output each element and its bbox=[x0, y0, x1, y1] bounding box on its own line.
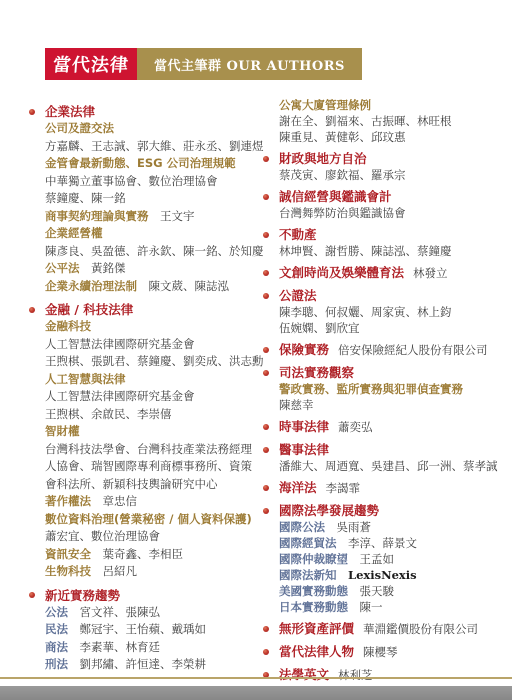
author-line: 陳彥良、吳盈德、許永欽、陳一銘、於知慶 bbox=[45, 243, 256, 261]
section-title: 金融 / 科技法律 bbox=[45, 302, 133, 317]
author-names: 鄭冠宇、王怡蘋、戴瑀如 bbox=[80, 622, 207, 636]
author-names: 呂紹凡 bbox=[103, 564, 138, 578]
author-line: 人工智慧法律國際研究基金會 bbox=[45, 388, 256, 406]
bullet-icon bbox=[263, 232, 269, 238]
section-heading: 新近實務趨勢 bbox=[45, 587, 256, 604]
topic-line: 生物科技呂紹凡 bbox=[45, 563, 256, 581]
author-line: 潘維大、周迺寬、吳建昌、邱一洲、蔡孝誠 bbox=[279, 458, 502, 474]
author-names: 林利芝 bbox=[338, 668, 373, 682]
topic-label: 商法 bbox=[45, 639, 80, 657]
author-names: 張天駿 bbox=[360, 584, 395, 598]
author-names: 葉奇鑫、李相臣 bbox=[103, 547, 184, 561]
section-recent-practice-trends: 新近實務趨勢公法宮文祥、張陳弘民法鄭冠宇、王怡蘋、戴瑀如商法李素華、林育廷刑法劉… bbox=[28, 587, 256, 674]
author-line: 蕭宏宜、數位治理協會 bbox=[45, 528, 256, 546]
section-heading: 法學英文林利芝 bbox=[279, 666, 502, 684]
section-title: 不動產 bbox=[279, 227, 317, 242]
section-title: 無形資產評價 bbox=[279, 621, 354, 636]
author-names: 李淳、薛景文 bbox=[348, 536, 417, 550]
author-line: 人協會、瑞智國際專利商標事務所、資策 bbox=[45, 458, 256, 476]
section-notary-law: 公證法陳李聰、何叔孋、周家寅、林上鈞伍婉嫻、劉欣宜 bbox=[262, 287, 502, 336]
author-names: 王文宇 bbox=[160, 209, 195, 223]
section-heading: 財政與地方自治 bbox=[279, 150, 502, 167]
topic-label: 刑法 bbox=[45, 656, 80, 674]
section-heading: 國際法學發展趨勢 bbox=[279, 502, 502, 519]
section-heading: 海洋法李謁霏 bbox=[279, 479, 502, 497]
topic-label: 國際經貿法 bbox=[279, 535, 348, 551]
section-title: 新近實務趨勢 bbox=[45, 588, 120, 603]
section-medical-law: 醫事法律潘維大、周迺寬、吳建昌、邱一洲、蔡孝誠 bbox=[262, 441, 502, 474]
topic-label: 美國實務動態 bbox=[279, 583, 360, 599]
bullet-icon bbox=[263, 447, 269, 453]
section-heading: 保險實務倍安保險經紀人股份有限公司 bbox=[279, 341, 502, 359]
topic-line: 國際經貿法李淳、薛景文 bbox=[279, 535, 502, 551]
section-finance-tech-law: 金融 / 科技法律金融科技人工智慧法律國際研究基金會王煦棋、張凱君、蔡鐘慶、劉奕… bbox=[28, 301, 256, 581]
bullet-icon bbox=[263, 424, 269, 430]
section-heading: 無形資產評價華淵鑑價股份有限公司 bbox=[279, 620, 502, 638]
bullet-icon bbox=[263, 649, 269, 655]
brand-logo-box: 當代法律 bbox=[45, 48, 137, 80]
section-contemporary-law-figures: 當代法律人物陳櫻琴 bbox=[262, 643, 502, 661]
author-line: 台灣舞弊防治與鑑識協會 bbox=[279, 205, 502, 221]
bullet-icon bbox=[263, 156, 269, 162]
footer-gray-bar bbox=[0, 686, 512, 700]
author-line: 中華獨立董事協會、數位治理協會 bbox=[45, 173, 256, 191]
section-international-law-trends: 國際法學發展趨勢國際公法吳雨蒼國際經貿法李淳、薛景文國際仲裁瞭望王孟如國際法新知… bbox=[262, 502, 502, 615]
section-title: 時事法律 bbox=[279, 419, 329, 434]
author-line: 王煦棋、余啟民、李崇僖 bbox=[45, 406, 256, 424]
author-line: 陳重見、黃健彰、邱玟惠 bbox=[279, 129, 502, 145]
section-condominium-act: 公寓大廈管理條例謝在全、劉福來、古振暉、林旺根陳重見、黃健彰、邱玟惠 bbox=[262, 97, 502, 145]
section-judicial-practice-watch: 司法實務觀察警政實務、監所實務與犯罪偵查實務陳慈幸 bbox=[262, 364, 502, 413]
topic-label: 國際法新知 bbox=[279, 567, 348, 583]
topic-subheading: 企業經營權 bbox=[45, 225, 256, 243]
topic-label: 日本實務動態 bbox=[279, 599, 360, 615]
topic-label: 國際仲裁瞭望 bbox=[279, 551, 360, 567]
author-names: 李素華、林育廷 bbox=[80, 640, 161, 654]
topic-label: 商事契約理論與實務 bbox=[45, 208, 160, 226]
topic-subheading: 公司及證交法 bbox=[45, 120, 256, 138]
authors-column-right: 公寓大廈管理條例謝在全、劉福來、古振暉、林旺根陳重見、黃健彰、邱玟惠財政與地方自… bbox=[262, 97, 502, 684]
topic-line: 資訊安全葉奇鑫、李相臣 bbox=[45, 546, 256, 564]
section-title: 保險實務 bbox=[279, 342, 329, 357]
section-title: 國際法學發展趨勢 bbox=[279, 503, 379, 518]
topic-line: 企業永續治理法制陳文葳、陳誌泓 bbox=[45, 278, 256, 296]
page-title-box: 當代主筆群 OUR AUTHORS bbox=[137, 48, 362, 80]
author-names: 蕭奕弘 bbox=[338, 420, 373, 434]
author-names: 黃銘傑 bbox=[91, 261, 126, 275]
brand-logo-text: 當代法律 bbox=[52, 51, 130, 77]
author-line: 陳慈幸 bbox=[279, 397, 502, 413]
section-title: 法學英文 bbox=[279, 667, 329, 682]
section-real-estate: 不動產林坤賢、謝哲勝、陳誌泓、蔡鐘慶 bbox=[262, 226, 502, 259]
topic-line: 公法宮文祥、張陳弘 bbox=[45, 604, 256, 622]
bullet-icon bbox=[29, 109, 35, 115]
section-title: 公證法 bbox=[279, 288, 317, 303]
section-title: 財政與地方自治 bbox=[279, 151, 367, 166]
topic-line: 著作權法章忠信 bbox=[45, 493, 256, 511]
author-names: 吳雨蒼 bbox=[337, 520, 372, 534]
bullet-icon bbox=[29, 592, 35, 598]
author-names: LexisNexis bbox=[348, 568, 417, 582]
topic-subheading: 公寓大廈管理條例 bbox=[279, 97, 502, 113]
author-line: 陳李聰、何叔孋、周家寅、林上鈞 bbox=[279, 304, 502, 320]
topic-label: 資訊安全 bbox=[45, 546, 103, 564]
section-heading: 時事法律蕭奕弘 bbox=[279, 418, 502, 436]
topic-label: 公平法 bbox=[45, 260, 91, 278]
bullet-icon bbox=[263, 485, 269, 491]
bullet-icon bbox=[263, 626, 269, 632]
bullet-icon bbox=[263, 347, 269, 353]
topic-line: 民法鄭冠宇、王怡蘋、戴瑀如 bbox=[45, 621, 256, 639]
section-culture-entertainment-sports-law: 文創時尚及娛樂體育法林發立 bbox=[262, 264, 502, 282]
section-legal-english: 法學英文林利芝 bbox=[262, 666, 502, 684]
section-integrity-forensic-accounting: 誠信經營與鑑識會計台灣舞弊防治與鑑識協會 bbox=[262, 188, 502, 221]
bullet-icon bbox=[263, 370, 269, 376]
topic-line: 美國實務動態張天駿 bbox=[279, 583, 502, 599]
author-line: 台灣科技法學會、台灣科技產業法務經理 bbox=[45, 441, 256, 459]
authors-column-left: 企業法律公司及證交法方嘉麟、王志誠、郭大維、莊永丞、劉連煜金管會最新動態、ESG… bbox=[28, 97, 256, 674]
section-insurance-practice: 保險實務倍安保險經紀人股份有限公司 bbox=[262, 341, 502, 359]
topic-line: 國際仲裁瞭望王孟如 bbox=[279, 551, 502, 567]
topic-label: 國際公法 bbox=[279, 519, 337, 535]
topic-label: 生物科技 bbox=[45, 563, 103, 581]
masthead: 當代法律 當代主筆群 OUR AUTHORS bbox=[45, 48, 362, 80]
topic-label: 公法 bbox=[45, 604, 80, 622]
author-line: 王煦棋、張凱君、蔡鐘慶、劉奕成、洪志勳 bbox=[45, 353, 256, 371]
section-heading: 誠信經營與鑑識會計 bbox=[279, 188, 502, 205]
topic-line: 商事契約理論與實務王文宇 bbox=[45, 208, 256, 226]
section-heading: 司法實務觀察 bbox=[279, 364, 502, 381]
bullet-icon bbox=[263, 293, 269, 299]
author-names: 劉邦繡、許恒達、李榮耕 bbox=[80, 657, 207, 671]
section-title: 司法實務觀察 bbox=[279, 365, 354, 380]
author-names: 章忠信 bbox=[103, 494, 138, 508]
section-title: 誠信經營與鑑識會計 bbox=[279, 189, 392, 204]
footer-gold-rule bbox=[0, 677, 512, 679]
author-line: 蔡茂寅、廖欽福、羅承宗 bbox=[279, 167, 502, 183]
topic-subheading: 金融科技 bbox=[45, 318, 256, 336]
section-heading: 金融 / 科技法律 bbox=[45, 301, 256, 318]
topic-line: 商法李素華、林育廷 bbox=[45, 639, 256, 657]
page-title: 當代主筆群 OUR AUTHORS bbox=[154, 55, 345, 74]
author-names: 倍安保險經紀人股份有限公司 bbox=[338, 343, 488, 357]
section-heading: 醫事法律 bbox=[279, 441, 502, 458]
bullet-icon bbox=[29, 307, 35, 313]
section-title: 醫事法律 bbox=[279, 442, 329, 457]
author-line: 人工智慧法律國際研究基金會 bbox=[45, 336, 256, 354]
author-names: 陳櫻琴 bbox=[363, 645, 398, 659]
bullet-icon bbox=[263, 194, 269, 200]
section-heading: 企業法律 bbox=[45, 103, 256, 120]
author-names: 王孟如 bbox=[360, 552, 395, 566]
section-title: 企業法律 bbox=[45, 104, 95, 119]
topic-label: 企業永續治理法制 bbox=[45, 278, 149, 296]
topic-subheading: 警政實務、監所實務與犯罪偵查實務 bbox=[279, 381, 502, 397]
author-line: 林坤賢、謝哲勝、陳誌泓、蔡鐘慶 bbox=[279, 243, 502, 259]
section-heading: 當代法律人物陳櫻琴 bbox=[279, 643, 502, 661]
section-heading: 不動產 bbox=[279, 226, 502, 243]
author-names: 宮文祥、張陳弘 bbox=[80, 605, 161, 619]
topic-subheading: 數位資料治理(營業秘密 / 個人資料保護) bbox=[45, 511, 256, 529]
section-current-affairs-law: 時事法律蕭奕弘 bbox=[262, 418, 502, 436]
topic-line: 日本實務動態陳一 bbox=[279, 599, 502, 615]
section-title: 海洋法 bbox=[279, 480, 317, 495]
section-heading: 文創時尚及娛樂體育法林發立 bbox=[279, 264, 502, 282]
section-corporate-law: 企業法律公司及證交法方嘉麟、王志誠、郭大維、莊永丞、劉連煜金管會最新動態、ESG… bbox=[28, 103, 256, 295]
topic-line: 國際法新知LexisNexis bbox=[279, 567, 502, 583]
topic-line: 公平法黃銘傑 bbox=[45, 260, 256, 278]
section-heading: 公證法 bbox=[279, 287, 502, 304]
author-names: 華淵鑑價股份有限公司 bbox=[363, 622, 478, 636]
magazine-authors-page: 當代法律 當代主筆群 OUR AUTHORS 企業法律公司及證交法方嘉麟、王志誠… bbox=[0, 0, 512, 700]
author-names: 林發立 bbox=[413, 266, 448, 280]
topic-subheading: 金管會最新動態、ESG 公司治理規範 bbox=[45, 155, 256, 173]
section-maritime-law: 海洋法李謁霏 bbox=[262, 479, 502, 497]
topic-line: 刑法劉邦繡、許恒達、李榮耕 bbox=[45, 656, 256, 674]
section-title: 文創時尚及娛樂體育法 bbox=[279, 265, 404, 280]
author-line: 方嘉麟、王志誠、郭大維、莊永丞、劉連煜 bbox=[45, 138, 256, 156]
author-names: 陳文葳、陳誌泓 bbox=[149, 279, 230, 293]
topic-subheading: 智財權 bbox=[45, 423, 256, 441]
section-title: 當代法律人物 bbox=[279, 644, 354, 659]
author-names: 李謁霏 bbox=[326, 481, 361, 495]
section-public-finance-local-autonomy: 財政與地方自治蔡茂寅、廖欽福、羅承宗 bbox=[262, 150, 502, 183]
bullet-icon bbox=[263, 508, 269, 514]
author-line: 謝在全、劉福來、古振暉、林旺根 bbox=[279, 113, 502, 129]
topic-label: 民法 bbox=[45, 621, 80, 639]
bullet-icon bbox=[263, 270, 269, 276]
author-line: 蔡鐘慶、陳一銘 bbox=[45, 190, 256, 208]
author-line: 伍婉嫻、劉欣宜 bbox=[279, 320, 502, 336]
topic-subheading: 人工智慧與法律 bbox=[45, 371, 256, 389]
topic-label: 著作權法 bbox=[45, 493, 103, 511]
section-intangible-asset-valuation: 無形資產評價華淵鑑價股份有限公司 bbox=[262, 620, 502, 638]
author-line: 會科法所、新穎科技輿論研究中心 bbox=[45, 476, 256, 494]
topic-line: 國際公法吳雨蒼 bbox=[279, 519, 502, 535]
author-names: 陳一 bbox=[360, 600, 383, 614]
